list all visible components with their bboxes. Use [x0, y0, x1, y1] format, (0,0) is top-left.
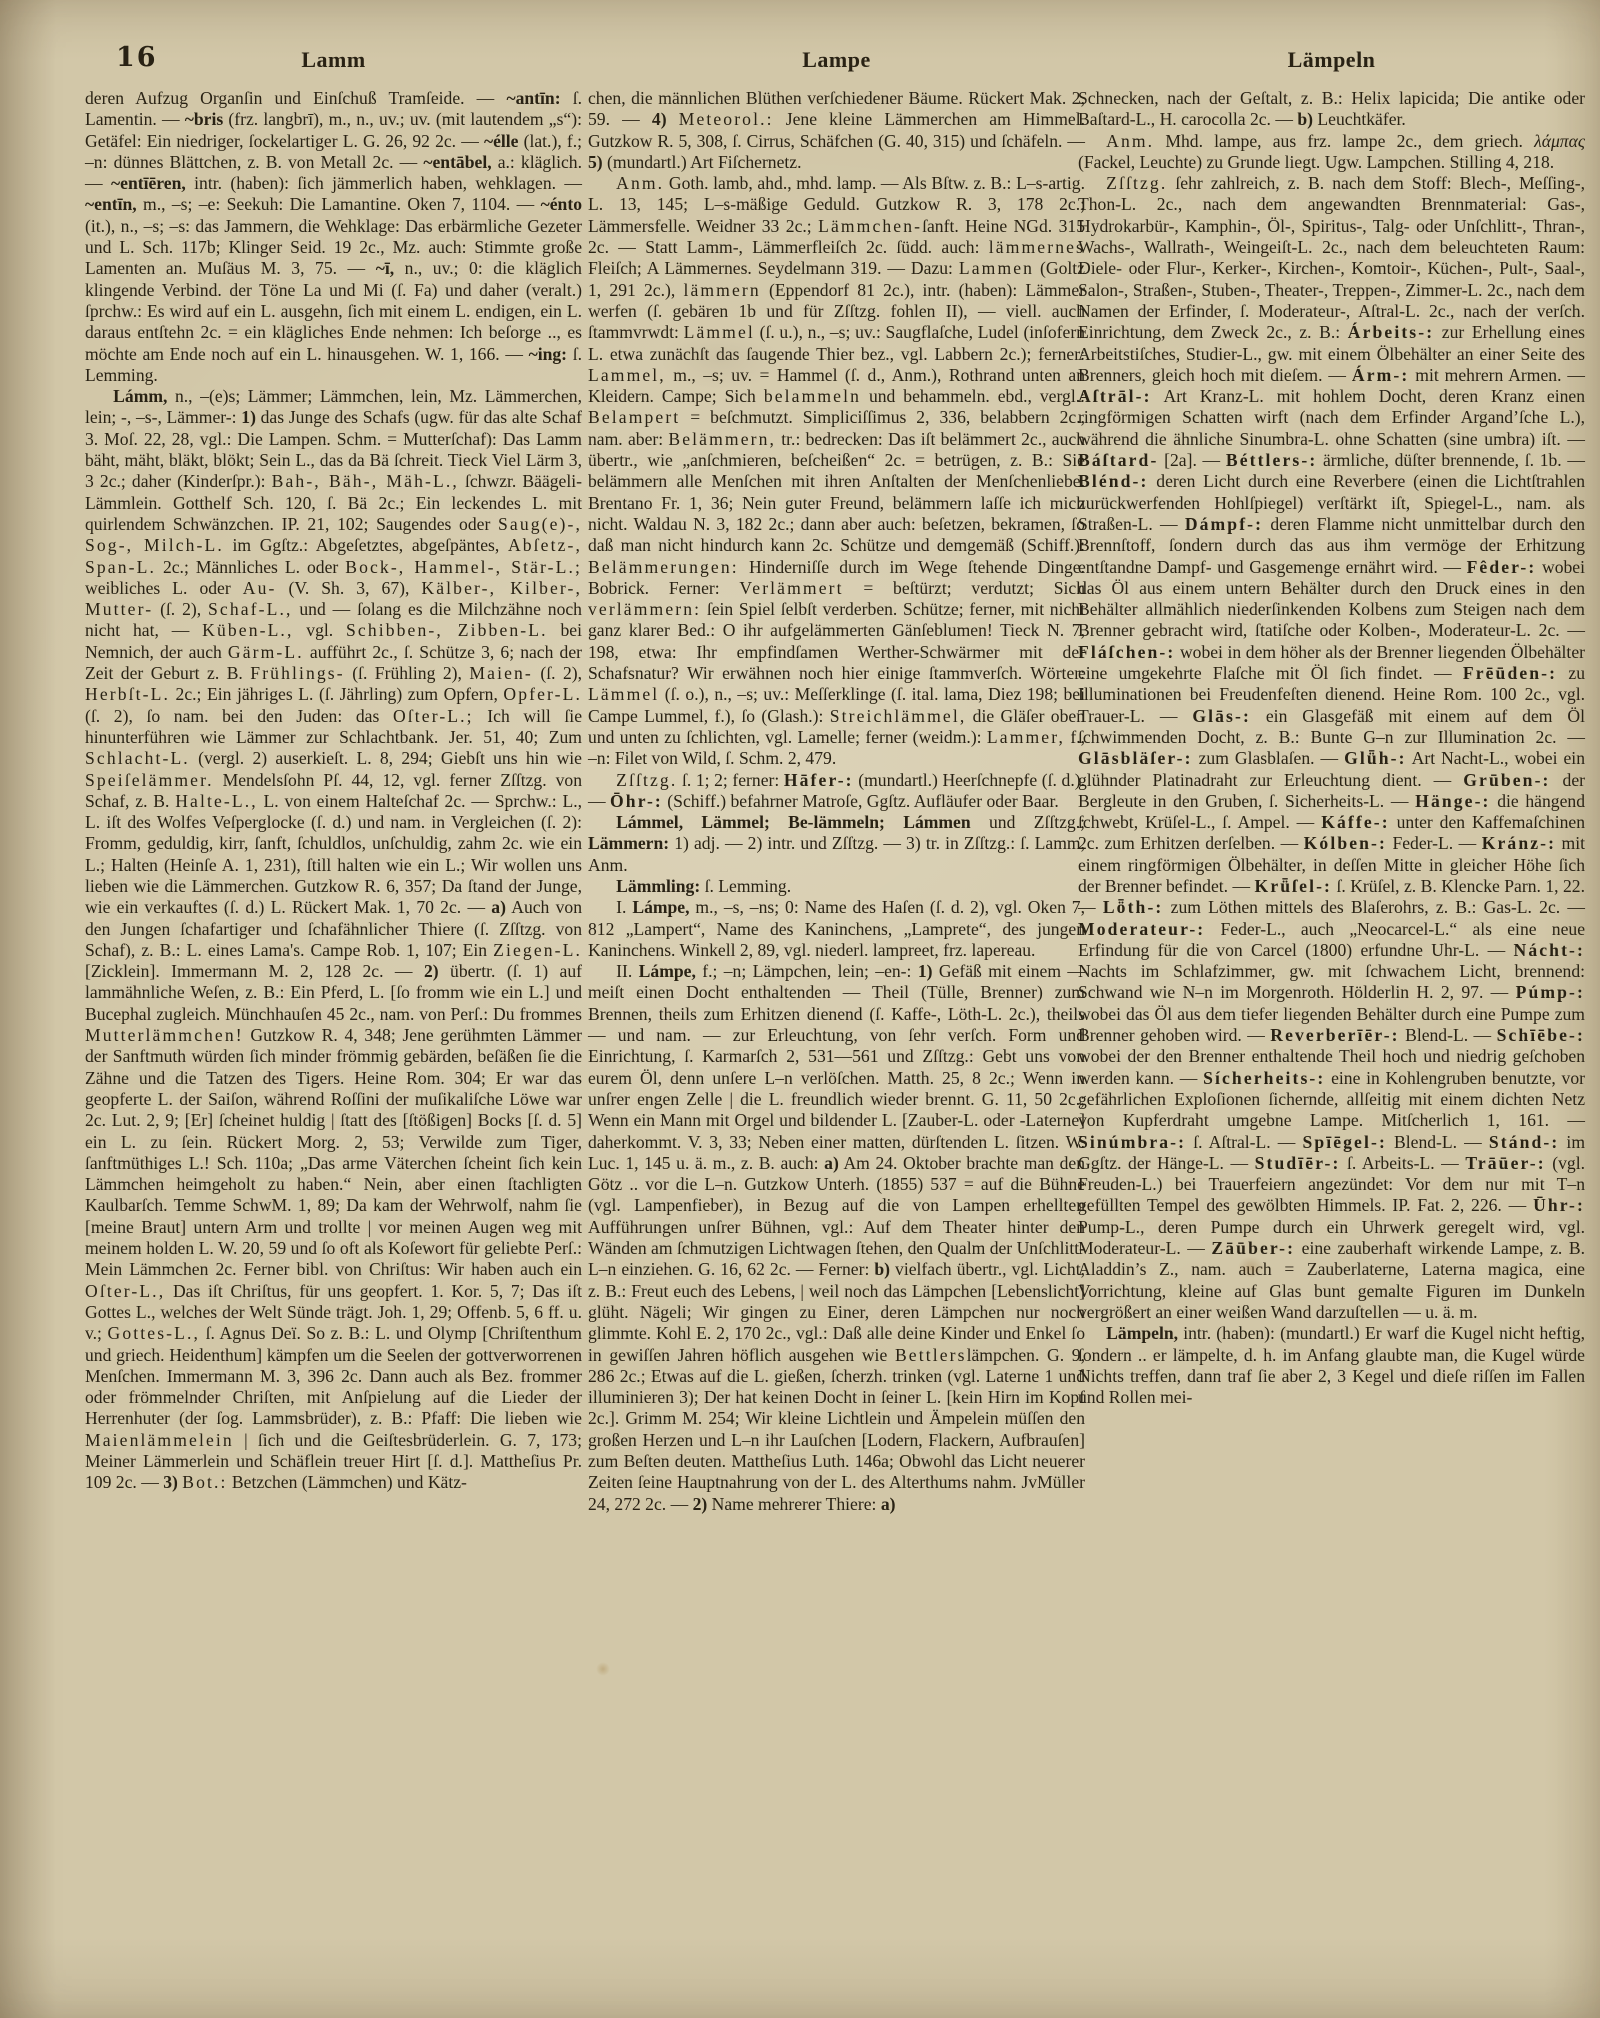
- headword: b): [1297, 109, 1313, 129]
- body-text: verlämmern:: [588, 599, 701, 619]
- headword: Stánd-:: [1489, 1132, 1560, 1152]
- body-text: Belämmern,: [668, 429, 776, 449]
- paragraph: Anm. Mhd. lampe, aus frz. lampe 2c., dem…: [1078, 131, 1585, 174]
- body-text: und behammeln. ebd., vergl.:: [861, 386, 1085, 406]
- headword: Béttlers-:: [1226, 450, 1317, 470]
- body-text: Anm.: [616, 173, 664, 193]
- body-text: Bot.:: [182, 1472, 227, 1492]
- body-text: Anm.: [1106, 131, 1154, 151]
- headword: Kólben-:: [1304, 833, 1387, 853]
- body-text: Schibben-, Zibben-L.: [346, 620, 548, 640]
- body-text: ſ. Lemming.: [700, 876, 791, 896]
- paragraph: deren Aufzug Organſin und Einſchuß Tramſ…: [85, 88, 582, 386]
- body-text: Zſſtzg.: [616, 770, 677, 790]
- body-text: Lämmchen-: [818, 216, 922, 236]
- text-column-right: Schnecken, nach der Geſtalt, z. B.: Heli…: [1078, 88, 1585, 1408]
- headword: ~entābel,: [423, 152, 491, 172]
- body-text: [2a]. —: [1158, 450, 1225, 470]
- body-text: Küben-L.,: [202, 620, 293, 640]
- body-text: zum Löthen mittels des Blaſerohrs, z. B.…: [1163, 897, 1585, 917]
- headword: a): [491, 897, 506, 917]
- body-text: Herbſt-L.: [85, 684, 170, 704]
- body-text: Opfer-L.: [503, 684, 582, 704]
- body-text: Mhd. lampe, aus frz. lampe 2c., dem grie…: [1154, 131, 1534, 151]
- headword: Frēūden-:: [1463, 663, 1557, 683]
- headword: Lämmern:: [588, 833, 669, 853]
- headword: 3): [163, 1472, 178, 1492]
- headword: Lámmel, Lämmel; Be-lämmeln; Lámmen: [616, 812, 971, 832]
- headword: Grūben-:: [1463, 770, 1550, 790]
- headword: ~entīēren,: [111, 173, 186, 193]
- paragraph: Zſſtzg. ſ. 1; 2; ferner: Hāfer-: (mundar…: [588, 770, 1085, 813]
- headword: Fláſchen-:: [1078, 642, 1175, 662]
- body-text: ſ. Arbeits-L. —: [1340, 1153, 1465, 1173]
- body-text: belammeln: [764, 386, 861, 406]
- headword: Glǖh-:: [1344, 748, 1407, 768]
- paragraph: I. Lámpe, m., –s, –ns; 0: Name des Haſen…: [588, 897, 1085, 961]
- body-text: Oſter-L.;: [393, 706, 474, 726]
- body-text: vgl.: [293, 620, 346, 640]
- headword: ~entīn,: [85, 194, 137, 214]
- paper-stain: [596, 1662, 610, 1676]
- body-text: Belämmerungen:: [588, 557, 739, 577]
- headword: Árm-:: [1352, 365, 1409, 385]
- body-text: Blend-L. —: [1387, 1132, 1489, 1152]
- headword: Káffe-:: [1321, 812, 1390, 832]
- headword: Schīēbe-:: [1497, 1025, 1585, 1045]
- text-column-left: deren Aufzug Organſin und Einſchuß Tramſ…: [85, 88, 582, 1494]
- body-text: (vergl. 2) auserkieſt. L. 8, 294; Giebſt…: [190, 748, 582, 768]
- headword: 5): [588, 152, 603, 172]
- headword: Sícherheits-:: [1203, 1068, 1325, 1088]
- body-text: (ſ. Frühling 2),: [345, 663, 470, 683]
- body-text: (ſ. 2),: [533, 663, 582, 683]
- headword: Ōhr-:: [610, 791, 663, 811]
- headword: Glās-:: [1192, 706, 1251, 726]
- body-text: Bock-, Hammel-, Stär-L.;: [345, 557, 582, 577]
- headword: Glāsbläſer-:: [1078, 748, 1193, 768]
- body-text: f.; –n; Lämpchen, lein; –en-:: [696, 961, 918, 981]
- body-text: Lämmel: [588, 684, 659, 704]
- body-text: λάμπας: [1534, 131, 1585, 151]
- body-text: Schaf-L.,: [208, 599, 292, 619]
- body-text: 2c.; Ein jähriges L. (ſ. Jährling) zum O…: [170, 684, 503, 704]
- body-text: Lammel,: [588, 365, 666, 385]
- running-head-lampe: Lampe: [588, 47, 1085, 77]
- headword: Aſtrāl-:: [1078, 386, 1152, 406]
- body-text: I.: [616, 897, 632, 917]
- body-text: deren Aufzug Organſin und Einſchuß Tramſ…: [85, 88, 506, 108]
- headword: Blénd-:: [1078, 471, 1149, 491]
- headword: Lámpe,: [632, 897, 689, 917]
- headword: ~bris: [185, 109, 223, 129]
- body-text: Meteorol.:: [679, 109, 774, 129]
- headword: ~ī,: [376, 258, 394, 278]
- body-text: (ſ. 2),: [153, 599, 208, 619]
- dictionary-page: { "page": { "number": "16", "paper_color…: [0, 0, 1600, 2018]
- body-text: Belampert: [588, 407, 680, 427]
- headword: ~élle: [484, 131, 519, 151]
- body-text: (Fackel, Leuchte) zu Grunde liegt. Ugw. …: [1078, 152, 1554, 172]
- body-text: m., –s; –e: Seekuh: Die Lamantine. Oken …: [137, 194, 541, 214]
- body-text: Streichlämmel,: [830, 706, 967, 726]
- body-text: [667, 109, 679, 129]
- headword: Zāūber-:: [1211, 1238, 1295, 1258]
- body-text: intr. (haben): ſich jämmerlich haben, we…: [186, 173, 582, 193]
- headword: Dámpf-:: [1185, 514, 1263, 534]
- paragraph: II. Lámpe, f.; –n; Lämpchen, lein; –en-:…: [588, 961, 1085, 1515]
- body-text: 2c.; Männliches L. oder: [156, 557, 345, 577]
- headword: Púmp-:: [1516, 982, 1585, 1002]
- body-text: Lammen: [959, 258, 1034, 278]
- body-text: Halte-L.,: [175, 791, 258, 811]
- headword: Hänge-:: [1415, 791, 1490, 811]
- body-text: ſehr zahlreich, z. B. nach dem Stoff: Bl…: [1078, 173, 1585, 342]
- body-text: Blend-L. —: [1400, 1025, 1497, 1045]
- headword: Nácht-:: [1514, 940, 1585, 960]
- running-head-lamm: Lamm: [85, 47, 582, 77]
- body-text: Zſſtzg.: [1106, 173, 1167, 193]
- headword: Reverberīēr-:: [1270, 1025, 1399, 1045]
- body-text: mit mehrern Armen. —: [1409, 365, 1585, 385]
- body-text: Feder-L. —: [1387, 833, 1482, 853]
- body-text: Au-: [243, 578, 277, 598]
- body-text: lämpchen. G. 9, 286 2c.; Etwas auf die L…: [588, 1345, 1085, 1514]
- headword: Sinúmbra-:: [1078, 1132, 1186, 1152]
- body-text: zum Glasblaſen. —: [1193, 748, 1344, 768]
- headword: Lámm,: [113, 386, 167, 406]
- body-text: ſ. Aſtral-L. —: [1186, 1132, 1302, 1152]
- headword: a): [881, 1494, 896, 1514]
- body-text: Art Kranz-L. mit hohlem Docht, deren Kra…: [1078, 386, 1585, 449]
- headword: 2): [693, 1494, 708, 1514]
- body-text: im Ggſtz.: Abgeſetztes, abgeſpäntes,: [224, 535, 508, 555]
- headword: b): [874, 1259, 890, 1279]
- headword: Ūhr-:: [1533, 1195, 1585, 1215]
- headword: Lámpe,: [639, 961, 696, 981]
- headword: Kránz-:: [1482, 833, 1556, 853]
- headword: Árbeits-:: [1348, 322, 1434, 342]
- body-text: Gärm-L.: [228, 642, 304, 662]
- headword: 1): [241, 407, 256, 427]
- headword: Hāfer-:: [784, 770, 854, 790]
- body-text: Oſter-L.,: [85, 1281, 165, 1301]
- body-text: Gottes-L.,: [108, 1323, 200, 1343]
- headword: Moderateur-:: [1078, 919, 1205, 939]
- body-text: Leuchtkäfer.: [1313, 109, 1406, 129]
- headword: Studīēr-:: [1255, 1153, 1341, 1173]
- body-text: Mutterlämmchen!: [85, 1025, 244, 1045]
- paragraph: Lämmling: ſ. Lemming.: [588, 876, 1085, 897]
- body-text: [Zicklein]. Immermann M. 2, 128 2c. —: [85, 961, 424, 981]
- headword: Lȫth-:: [1103, 897, 1164, 917]
- running-head-laempeln: Lämpeln: [1078, 47, 1585, 77]
- headword: Spīēgel-:: [1302, 1132, 1387, 1152]
- body-text: und Zſſtzg.;: [971, 812, 1085, 832]
- headword: 2): [424, 961, 439, 981]
- body-text: Betzchen (Lämmchen) und Kätz-: [228, 1472, 467, 1492]
- body-text: Maienlämmelein: [85, 1430, 234, 1450]
- body-text: Speiſelämmer.: [85, 770, 214, 790]
- body-text: Verlämmert: [739, 578, 843, 598]
- body-text: ärmliche, düſter brennende, ſ. 1b. —: [1317, 450, 1585, 470]
- headword: Báſtard-: [1078, 450, 1158, 470]
- body-text: Lämmel: [684, 322, 755, 342]
- paragraph: Anm. Goth. lamb, ahd., mhd. lamp. — Als …: [588, 173, 1085, 769]
- text-column-middle: chen, die männlichen Blüthen verſchieden…: [588, 88, 1085, 1515]
- headword: Trāūer-:: [1465, 1153, 1545, 1173]
- body-text: (mundartl.) Art Fiſchernetz.: [603, 152, 802, 172]
- paragraph: Lámm, n., –(e)s; Lämmer; Lämmchen, lein,…: [85, 386, 582, 1493]
- body-text: Gefäß mit einem — meiſt einen Docht enth…: [588, 961, 1085, 1173]
- body-text: lämmern: [683, 280, 760, 300]
- headword: 1): [918, 961, 933, 981]
- headword: Fêder-:: [1467, 557, 1537, 577]
- body-text: Bettlers: [895, 1345, 967, 1365]
- body-text: weibliches L. oder: [85, 578, 243, 598]
- body-text: Name mehrerer Thiere:: [707, 1494, 881, 1514]
- body-text: lämmernes: [989, 237, 1085, 257]
- body-text: Gutzkow R. 4, 348; Jene gerühmten Lämmer…: [85, 1025, 582, 1279]
- paragraph: Schnecken, nach der Geſtalt, z. B.: Heli…: [1078, 88, 1585, 131]
- headword: ~ing:: [529, 344, 567, 364]
- body-text: ſ. 1; 2; ferner:: [677, 770, 783, 790]
- headword: ~énto: [541, 194, 582, 214]
- body-text: = beſtürzt; verdutzt; Sich: [844, 578, 1085, 598]
- headword: a): [824, 1153, 839, 1173]
- body-text: (Schiff.) befahrner Matroſe, Ggſtz. Aufl…: [663, 791, 1059, 811]
- paragraph: Zſſtzg. ſehr zahlreich, z. B. nach dem S…: [1078, 173, 1585, 1323]
- paragraph: Lámmel, Lämmel; Be-lämmeln; Lámmen und Z…: [588, 812, 1085, 876]
- paragraph: Lämpeln, intr. (haben): (mundartl.) Er w…: [1078, 1323, 1585, 1408]
- body-text: Nachts im Schlafzimmer, gw. mit ſchwache…: [1078, 961, 1585, 1002]
- body-text: Lammer,: [987, 727, 1065, 747]
- headword: Lämmling:: [616, 876, 700, 896]
- body-text: Schlacht-L.: [85, 748, 190, 768]
- paragraph: chen, die männlichen Blüthen verſchieden…: [588, 88, 1085, 173]
- body-text: II.: [616, 961, 639, 981]
- headword: Krǖſel-:: [1255, 876, 1332, 896]
- body-text: Bah-, Bäh-, Mäh-L.,: [272, 471, 459, 491]
- headword: ~antīn:: [506, 88, 560, 108]
- body-text: Frühlings-: [250, 663, 344, 683]
- body-text: (V. Sh. 3, 67),: [276, 578, 421, 598]
- headword: Lämpeln,: [1106, 1323, 1178, 1343]
- body-text: Maien-: [469, 663, 532, 683]
- headword: 4): [652, 109, 667, 129]
- body-text: Ziegen-L.: [493, 940, 582, 960]
- body-text: (ſ. 2), ſo nam. bei den Juden: das: [85, 706, 393, 726]
- body-text: Fleiſch; A Lämmernes. Seydelmann 319. — …: [588, 258, 959, 278]
